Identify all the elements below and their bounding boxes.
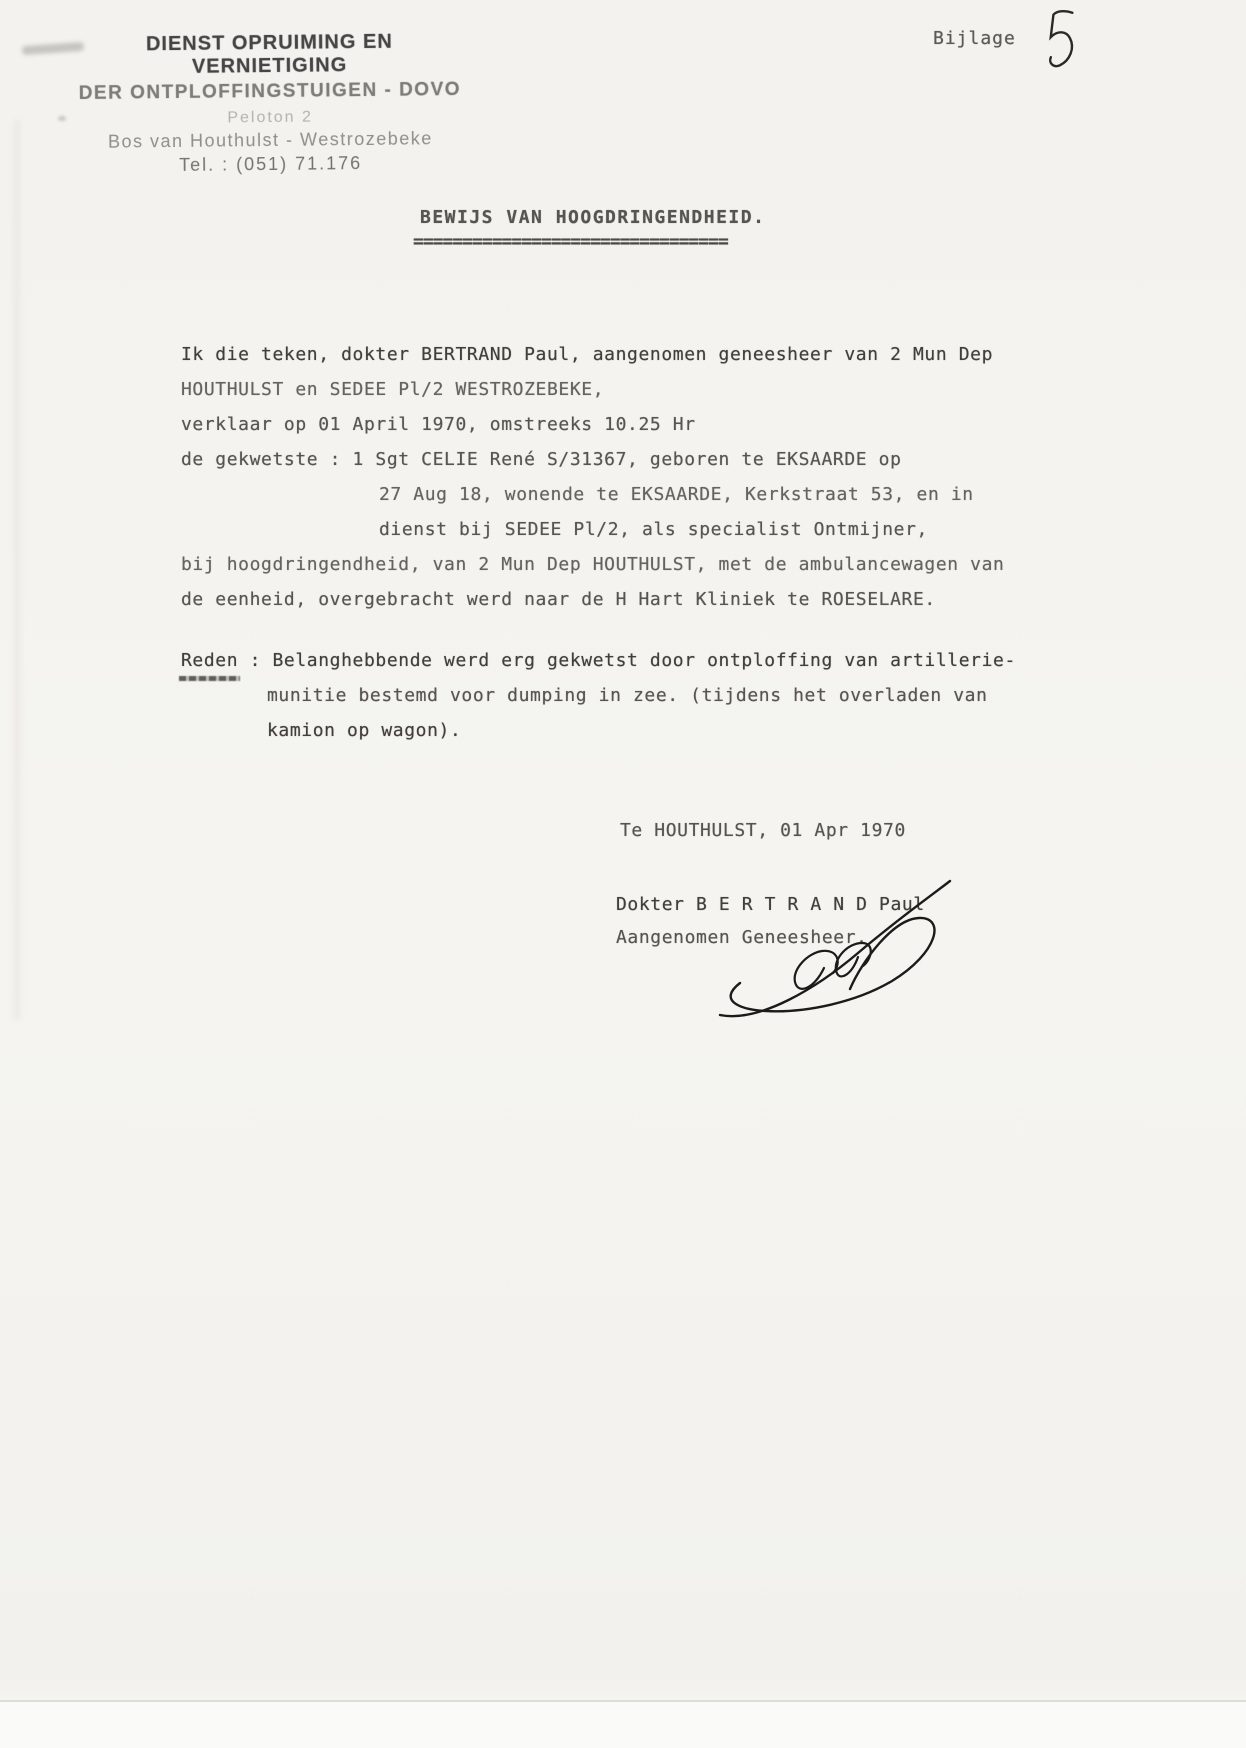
body-line: verklaar op 01 April 1970, omstreeks 10.… — [181, 407, 1081, 442]
letterhead-line-5: Tel. : (051) 71.176 — [71, 152, 471, 177]
body-line: Ik die teken, dokter BERTRAND Paul, aang… — [181, 337, 1081, 372]
letterhead-line-3: Peloton 2 — [70, 107, 470, 129]
body-line: de gekwetste : 1 Sgt CELIE René S/31367,… — [181, 442, 1081, 477]
scan-smudge-dot — [58, 116, 66, 121]
handwritten-signature — [700, 865, 990, 1030]
letterhead-line-2: DER ONTPLOFFINGSTUIGEN - DOVO — [70, 79, 470, 105]
place-and-date: Te HOUTHULST, 01 Apr 1970 — [620, 820, 906, 841]
letterhead-stamp: DIENST OPRUIMING EN VERNIETIGING DER ONT… — [69, 30, 470, 177]
document-title: BEWIJS VAN HOOGDRINGENDHEID. — [420, 207, 765, 228]
reason-paragraph: Reden : Belanghebbende werd erg gekwetst… — [181, 643, 1101, 748]
attachment-number-handwritten — [1045, 8, 1079, 74]
body-line: 27 Aug 18, wonende te EKSAARDE, Kerkstra… — [181, 477, 1081, 512]
body-line: bij hoogdringendheid, van 2 Mun Dep HOUT… — [181, 547, 1081, 582]
reason-label: Reden — [181, 643, 238, 678]
page-bottom-strip — [0, 1702, 1246, 1748]
reason-line-2: munitie bestemd voor dumping in zee. (ti… — [181, 678, 1101, 713]
reason-line-1: : Belanghebbende werd erg gekwetst door … — [238, 650, 1016, 671]
attachment-label: Bijlage — [933, 28, 1016, 49]
reason-line-3: kamion op wagon). — [181, 713, 1101, 748]
document-title-underline: ================================ — [413, 231, 728, 252]
scan-streak — [14, 120, 20, 1020]
body-line: HOUTHULST en SEDEE Pl/2 WESTROZEBEKE, — [181, 372, 1081, 407]
body-line: dienst bij SEDEE Pl/2, als specialist On… — [181, 512, 1081, 547]
handwritten-5-glyph — [1042, 6, 1082, 71]
body-line: de eenheid, overgebracht werd naar de H … — [181, 582, 1081, 617]
letterhead-line-1: DIENST OPRUIMING EN VERNIETIGING — [69, 30, 469, 80]
letterhead-line-4: Bos van Houthulst - Westrozebeke — [70, 128, 470, 153]
scanned-document-page: DIENST OPRUIMING EN VERNIETIGING DER ONT… — [0, 0, 1246, 1748]
body-paragraph: Ik die teken, dokter BERTRAND Paul, aang… — [181, 337, 1081, 617]
